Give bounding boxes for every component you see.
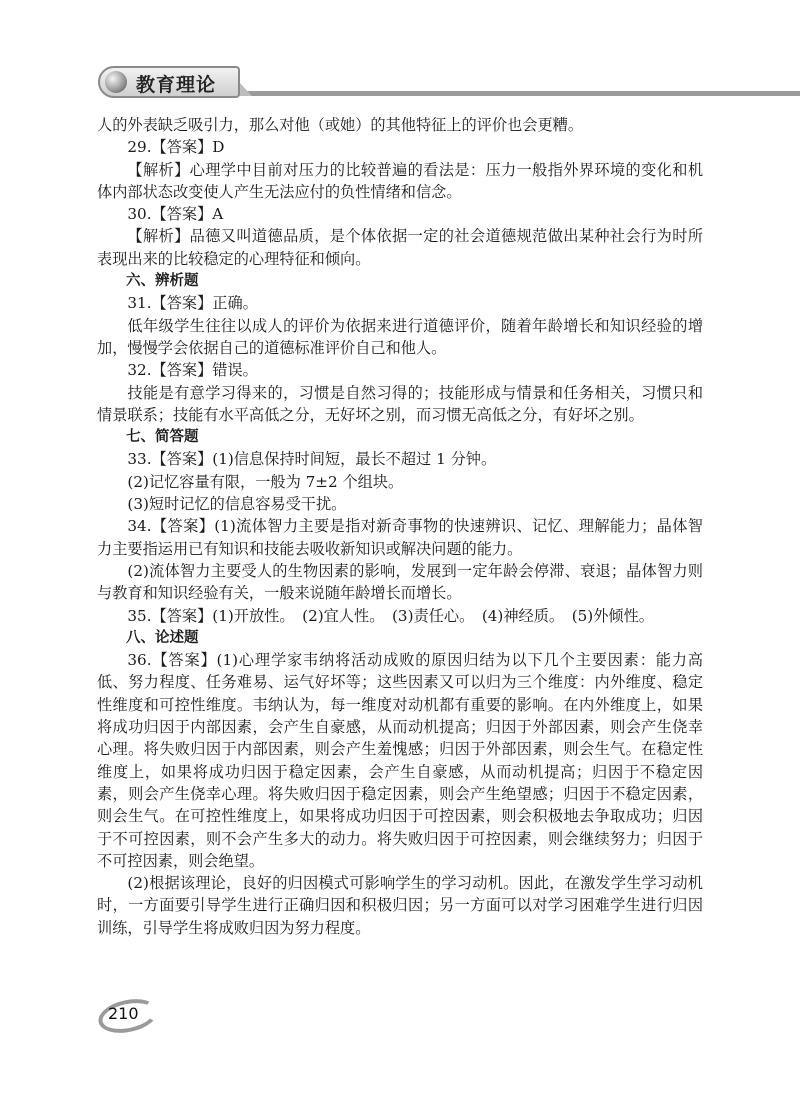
answer-33-1: 33.【答案】(1)信息保持时间短，最长不超过 1 分钟。	[97, 448, 703, 470]
answer-36-2: (2)根据该理论，良好的归因模式可影响学生的学习动机。因此，在激发学生学习动机时…	[97, 872, 703, 939]
answer-33-3: (3)短时记忆的信息容易受干扰。	[97, 493, 703, 515]
answer-34-1: 34.【答案】(1)流体智力主要是指对新奇事物的快速辨识、记忆、理解能力；晶体智…	[97, 515, 703, 560]
answer-31: 31.【答案】正确。	[97, 292, 703, 314]
paragraph: 人的外表缺乏吸引力，那么对他（或她）的其他特征上的评价也会更糟。	[97, 114, 703, 136]
answer-29: 29.【答案】D	[97, 136, 703, 158]
explanation-31: 低年级学生往往以成人的评价为依据来进行道德评价，随着年龄增长和知识经验的增加，慢…	[97, 315, 703, 360]
answer-30: 30.【答案】A	[97, 203, 703, 225]
section-heading-7: 七、简答题	[97, 426, 703, 448]
header-tab: 教育理论	[98, 66, 240, 98]
analysis-29: 【解析】心理学中目前对压力的比较普遍的看法是：压力一般指外界环境的变化和机体内部…	[97, 159, 703, 204]
answer-33-2: (2)记忆容量有限，一般为 7±2 个组块。	[97, 471, 703, 493]
explanation-32: 技能是有意学习得来的，习惯是自然习得的；技能形成与情景和任务相关，习惯只和情景联…	[97, 382, 703, 427]
answer-34-2: (2)流体智力主要受人的生物因素的影响，发展到一定年龄会停滞、衰退；晶体智力则与…	[97, 560, 703, 605]
page-body: 人的外表缺乏吸引力，那么对他（或她）的其他特征上的评价也会更糟。 29.【答案】…	[97, 114, 703, 939]
analysis-30: 【解析】品德又叫道德品质，是个体依据一定的社会道德规范做出某种社会行为时所表现出…	[97, 225, 703, 270]
answer-32: 32.【答案】错误。	[97, 359, 703, 381]
answer-36-1: 36.【答案】(1)心理学家韦纳将活动成败的原因归结为以下几个主要因素：能力高低…	[97, 649, 703, 872]
section-title: 教育理论	[136, 70, 216, 97]
page-number-badge: 210	[96, 998, 160, 1032]
answer-35: 35.【答案】(1)开放性。 (2)宜人性。 (3)责任心。 (4)神经质。 (…	[97, 605, 703, 627]
sphere-icon	[105, 71, 127, 93]
header-rule	[208, 91, 800, 96]
section-heading-6: 六、辨析题	[97, 270, 703, 292]
section-heading-8: 八、论述题	[97, 627, 703, 649]
page-number: 210	[108, 1004, 139, 1023]
page-header: 教育理论	[98, 66, 800, 102]
